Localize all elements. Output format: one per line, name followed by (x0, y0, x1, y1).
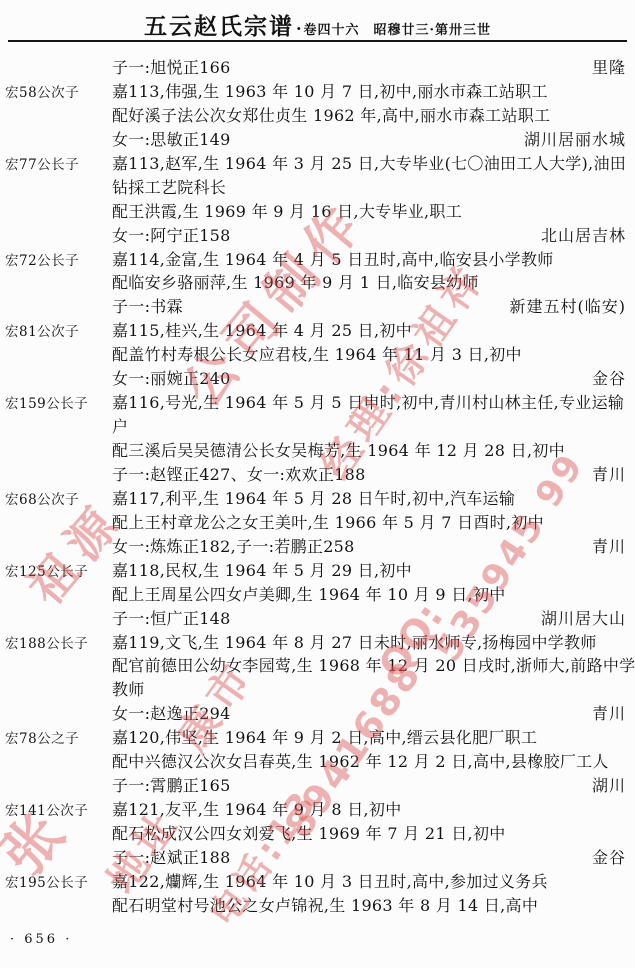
entry-row: 女一:赵逸正294青川 (0, 700, 635, 724)
entry-row: 宏81公次子嘉115,桂兴,生 1964 年 4 月 25 日,初中 (0, 317, 635, 341)
residence-label: 金谷 (592, 366, 626, 389)
entry-text: 配盖竹村寿根公长女应君枝,生 1964 年 11 月 3 日,初中 (112, 342, 522, 365)
residence-label: 青川 (592, 534, 626, 557)
generation-son-label: 宏78公之子 (5, 727, 79, 747)
entry-row: 教师 (0, 676, 635, 700)
entry-text: 嘉118,民权,生 1964 年 5 月 29 日,初中 (112, 558, 412, 581)
entry-text: 子一:赵铿正427、女一:欢欢正188 (112, 462, 366, 485)
generation-son-label: 宏81公次子 (5, 320, 79, 340)
entry-row: 宏125公长子嘉118,民权,生 1964 年 5 月 29 日,初中 (0, 557, 635, 581)
entry-text: 嘉115,桂兴,生 1964 年 4 月 25 日,初中 (112, 318, 412, 341)
entry-text: 子一:恒广正148 (112, 606, 231, 629)
entry-text: 子一:旭悦正166 (112, 55, 231, 78)
genealogy-rows: 子一:旭悦正166里隆宏58公次子嘉113,伟强,生 1963 年 10 月 7… (0, 54, 635, 916)
entry-text: 教师 (112, 677, 145, 700)
entry-row: 宏78公之子嘉120,伟坚,生 1964 年 9 月 2 日,高中,缙云县化肥厂… (0, 724, 635, 748)
entry-row: 子一:恒广正148湖川居大山 (0, 605, 635, 629)
entry-text: 嘉117,利平,生 1964 年 5 月 28 日午时,初中,汽车运输 (112, 486, 515, 509)
entry-row: 配石明堂村号池公之女卢锦祝,生 1963 年 8 月 14 日,高中 (0, 892, 635, 916)
generation-son-label: 宏77公长子 (5, 153, 79, 173)
entry-row: 子一:书霖新建五村(临安) (0, 293, 635, 317)
entry-row: 宏68公次子嘉117,利平,生 1964 年 5 月 28 日午时,初中,汽车运… (0, 485, 635, 509)
entry-text: 嘉113,赵军,生 1964 年 3 月 25 日,大专毕业(七〇油田工人大学)… (112, 151, 626, 174)
entry-text: 配三溪后吴吴德清公长女吴梅芳,生 1964 年 12 月 28 日,初中 (112, 438, 565, 461)
entry-row: 宏141公次子嘉121,友平,生 1964 年 9 月 8 日,初中 (0, 796, 635, 820)
generation-son-label: 宏72公长子 (5, 249, 79, 269)
page-title: 五云赵氏宗谱 (144, 13, 294, 40)
entry-text: 嘉114,金富,生 1964 年 4 月 5 日丑时,高中,临安县小学教师 (112, 247, 554, 270)
entry-row: 子一:霄鹏正165湖川 (0, 772, 635, 796)
title-separator-dot: · (296, 19, 302, 38)
generation-son-label: 宏141公次子 (5, 799, 88, 819)
residence-label: 金谷 (592, 845, 626, 868)
entry-row: 宏72公长子嘉114,金富,生 1964 年 4 月 5 日丑时,高中,临安县小… (0, 246, 635, 270)
entry-row: 配中兴德汉公次女吕春英,生 1962 年 12 月 2 日,高中,县橡胶厂工人 (0, 748, 635, 772)
residence-label: 湖川居丽水城 (524, 127, 626, 150)
entry-text: 女一:炼炼正182,子一:若鹏正258 (112, 534, 355, 557)
entry-text: 配上王周星公四女卢美卿,生 1964 年 10 月 9 日,初中 (112, 582, 506, 605)
entry-row: 钻採工艺院科长 (0, 174, 635, 198)
entry-row: 配石松成汉公四女刘爱飞,生 1969 年 7 月 21 日,初中 (0, 820, 635, 844)
entry-text: 子一:霄鹏正165 (112, 773, 231, 796)
entry-text: 嘉122,爤辉,生 1964 年 10 月 3 日丑时,高中,参加过义务兵 (112, 869, 548, 892)
entry-text: 嘉121,友平,生 1964 年 9 月 8 日,初中 (112, 797, 402, 820)
entry-text: 配好溪子法公次女郑仕贞生 1962 年,高中,丽水市森工站职工 (112, 103, 550, 126)
entry-row: 户 (0, 413, 635, 437)
entry-row: 宏195公长子嘉122,爤辉,生 1964 年 10 月 3 日丑时,高中,参加… (0, 868, 635, 892)
generation-son-label: 宏125公长子 (5, 560, 88, 580)
entry-row: 子一:旭悦正166里隆 (0, 54, 635, 78)
entry-row: 宏77公长子嘉113,赵军,生 1964 年 3 月 25 日,大专毕业(七〇油… (0, 150, 635, 174)
entry-row: 配三溪后吴吴德清公长女吴梅芳,生 1964 年 12 月 28 日,初中 (0, 437, 635, 461)
entry-text: 嘉119,文飞,生 1964 年 8 月 27 日未时,丽水师专,扬梅园中学教师 (112, 630, 597, 653)
generation-son-label: 宏68公次子 (5, 488, 79, 508)
entry-text: 配官前德田公幼女李园莺,生 1968 年 12 月 20 日戌时,浙师大,前路中… (112, 653, 635, 676)
entry-row: 配盖竹村寿根公长女应君枝,生 1964 年 11 月 3 日,初中 (0, 341, 635, 365)
entry-text: 女一:赵逸正294 (112, 701, 231, 724)
entry-row: 配上王周星公四女卢美卿,生 1964 年 10 月 9 日,初中 (0, 581, 635, 605)
entry-row: 宏58公次子嘉113,伟强,生 1963 年 10 月 7 日,初中,丽水市森工… (0, 78, 635, 102)
generation-son-label: 宏159公长子 (5, 392, 88, 412)
entry-row: 子一:赵斌正188金谷 (0, 844, 635, 868)
generation-son-label: 宏188公长子 (5, 632, 88, 652)
entry-row: 子一:赵铿正427、女一:欢欢正188青川 (0, 461, 635, 485)
entry-row: 女一:丽婉正240金谷 (0, 365, 635, 389)
residence-label: 青川 (592, 462, 626, 485)
entry-row: 宏188公长子嘉119,文飞,生 1964 年 8 月 27 日未时,丽水师专,… (0, 629, 635, 653)
entry-text: 户 (112, 414, 128, 437)
entry-text: 嘉113,伟强,生 1963 年 10 月 7 日,初中,丽水市森工站职工 (112, 79, 548, 102)
entry-row: 宏159公长子嘉116,号光,生 1964 年 5 月 5 日申时,初中,青川村… (0, 389, 635, 413)
entry-row: 配王洪霞,生 1969 年 9 月 16 日,大专毕业,职工 (0, 198, 635, 222)
residence-label: 北山居吉林 (541, 223, 626, 246)
entry-row: 女一:阿宁正158北山居吉林 (0, 222, 635, 246)
page-header: 五云赵氏宗谱·卷四十六昭穆廿三·第卅三世 (0, 8, 635, 41)
entry-text: 嘉116,号光,生 1964 年 5 月 5 日申时,初中,青川村山林主任,专业… (112, 390, 624, 413)
residence-label: 湖川居大山 (541, 606, 626, 629)
residence-label: 青川 (592, 701, 626, 724)
entry-row: 配好溪子法公次女郑仕贞生 1962 年,高中,丽水市森工站职工 (0, 102, 635, 126)
page-number: · 656 · (10, 932, 72, 947)
genealogy-page: 五云赵氏宗谱·卷四十六昭穆廿三·第卅三世 子一:旭悦正166里隆宏58公次子嘉1… (0, 0, 635, 968)
entry-text: 女一:思敏正149 (112, 127, 231, 150)
entry-text: 配上王村章龙公之女王美叶,生 1966 年 5 月 7 日酉时,初中 (112, 510, 544, 533)
volume-label: 卷四十六 (304, 23, 360, 38)
entry-text: 配石松成汉公四女刘爱飞,生 1969 年 7 月 21 日,初中 (112, 821, 506, 844)
entry-text: 钻採工艺院科长 (112, 175, 226, 198)
entry-text: 配王洪霞,生 1969 年 9 月 16 日,大专毕业,职工 (112, 199, 462, 222)
entry-text: 子一:书霖 (112, 294, 183, 317)
entry-text: 子一:赵斌正188 (112, 845, 231, 868)
entry-text: 配临安乡骆丽萍,生 1969 年 9 月 1 日,临安县幼师 (112, 270, 479, 293)
entry-text: 女一:阿宁正158 (112, 223, 231, 246)
entry-row: 女一:炼炼正182,子一:若鹏正258青川 (0, 533, 635, 557)
entry-text: 女一:丽婉正240 (112, 366, 231, 389)
generation-label: 昭穆廿三·第卅三世 (374, 23, 492, 38)
entry-text: 配中兴德汉公次女吕春英,生 1962 年 12 月 2 日,高中,县橡胶厂工人 (112, 749, 609, 772)
entry-text: 配石明堂村号池公之女卢锦祝,生 1963 年 8 月 14 日,高中 (112, 893, 538, 916)
entry-text: 嘉120,伟坚,生 1964 年 9 月 2 日,高中,缙云县化肥厂职工 (112, 725, 537, 748)
header-rule (8, 40, 627, 42)
generation-son-label: 宏195公长子 (5, 871, 88, 891)
residence-label: 湖川 (592, 773, 626, 796)
entry-row: 配官前德田公幼女李园莺,生 1968 年 12 月 20 日戌时,浙师大,前路中… (0, 652, 635, 676)
generation-son-label: 宏58公次子 (5, 81, 79, 101)
entry-row: 女一:思敏正149湖川居丽水城 (0, 126, 635, 150)
residence-label: 里隆 (592, 55, 626, 78)
entry-row: 配临安乡骆丽萍,生 1969 年 9 月 1 日,临安县幼师 (0, 269, 635, 293)
residence-label: 新建五村(临安) (510, 294, 627, 317)
entry-row: 配上王村章龙公之女王美叶,生 1966 年 5 月 7 日酉时,初中 (0, 509, 635, 533)
